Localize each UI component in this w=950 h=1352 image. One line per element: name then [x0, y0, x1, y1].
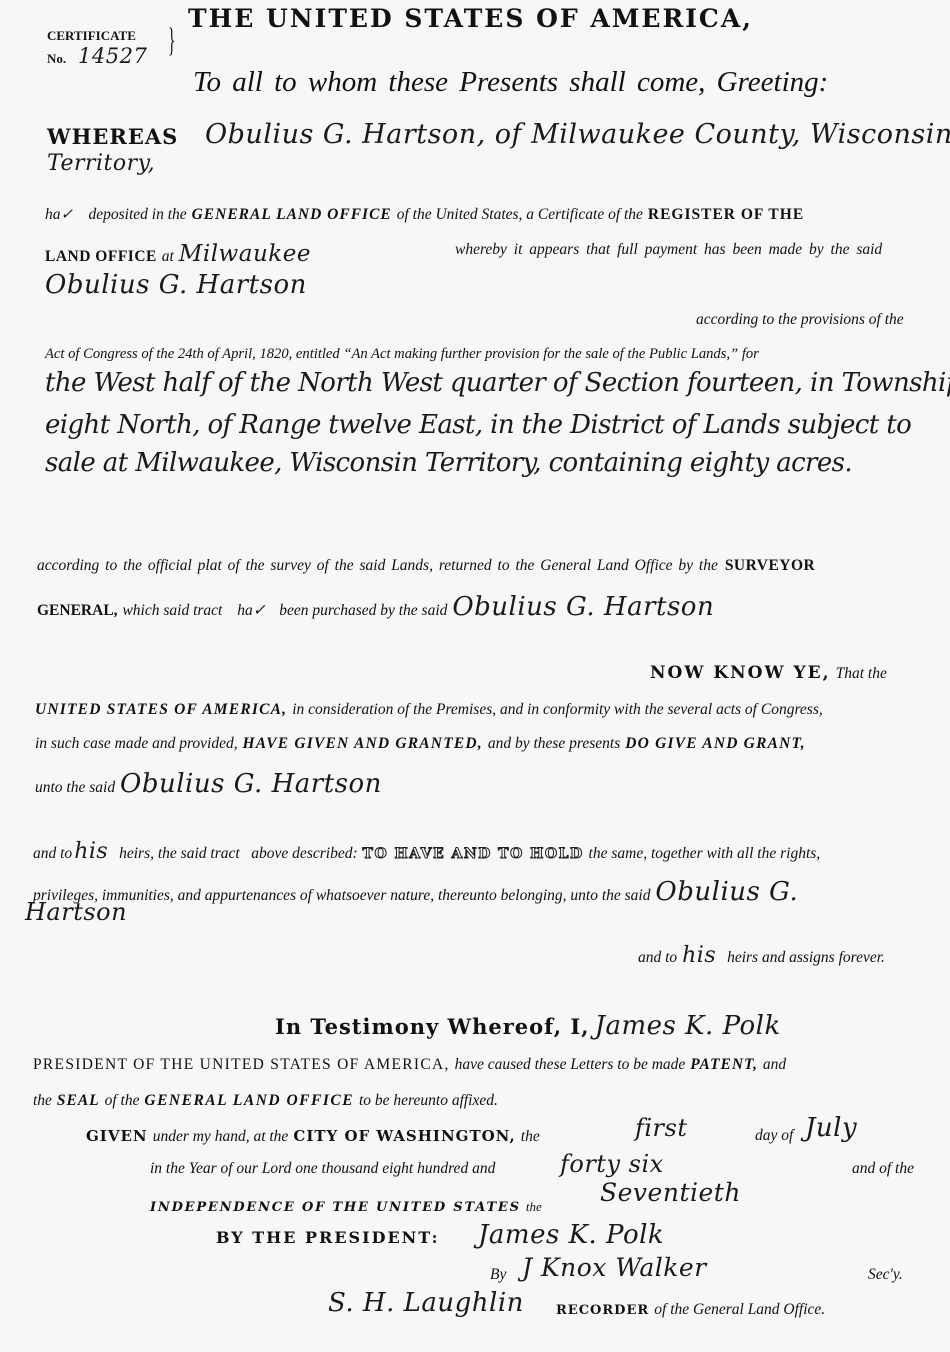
the-text: the	[33, 1092, 52, 1109]
land-description-line-1: the West half of the North West quarter …	[45, 368, 950, 398]
recorder-signature: S. H. Laughlin	[328, 1288, 524, 1318]
purchased-text: been purchased by the said	[279, 602, 447, 619]
under-hand-text: under my hand, at the	[153, 1128, 289, 1145]
case-made-text: in such case made and provided,	[35, 735, 238, 752]
has-text: ha	[45, 206, 61, 223]
tract-text: which said tract	[122, 602, 222, 619]
purchaser-name-handwritten: Obulius G. Hartson	[452, 592, 714, 622]
grantee-first-name-handwritten: Obulius G.	[655, 877, 798, 907]
the-small-text: the	[526, 1199, 542, 1214]
s-handwritten-2: ✓	[253, 601, 267, 619]
testimony-heading: In Testimony Whereof, I,	[275, 1014, 589, 1039]
year-text: in the Year of our Lord one thousand eig…	[150, 1160, 495, 1178]
affixed-text: to be hereunto affixed.	[359, 1092, 498, 1109]
month-handwritten: July	[805, 1113, 857, 1143]
consideration-text: in consideration of the Premises, and in…	[292, 701, 823, 718]
land-description-line-3: sale at Milwaukee, Wisconsin Territory, …	[45, 448, 852, 478]
recorder-rest-text: of the General Land Office.	[654, 1301, 825, 1318]
general-text: GENERAL,	[37, 602, 118, 619]
president-usa-text: PRESIDENT OF THE UNITED STATES OF AMERIC…	[33, 1056, 450, 1073]
president-signature-testimony: James K. Polk	[595, 1011, 781, 1041]
s-handwritten: ✓	[61, 205, 74, 223]
seal-text: SEAL	[57, 1092, 100, 1109]
payment-text: whereby it appears that full payment has…	[455, 241, 882, 259]
recorder-label: RECORDER	[556, 1303, 649, 1318]
general-land-office: GENERAL LAND OFFICE	[192, 206, 392, 223]
the-text-2: the	[521, 1128, 540, 1145]
and-text: and	[763, 1056, 786, 1073]
do-give-grant: DO GIVE AND GRANT,	[625, 735, 806, 752]
by-text: By	[490, 1266, 506, 1284]
provisions-text: according to the provisions of the	[696, 311, 904, 329]
his-handwritten: his	[74, 839, 108, 864]
unto-said-text: unto the said	[35, 779, 115, 796]
given-label: GIVEN	[86, 1127, 148, 1145]
secy-text: Sec'y.	[868, 1266, 903, 1284]
by-presents-text: and by these presents	[488, 735, 620, 752]
land-office-text: LAND OFFICE	[45, 248, 157, 265]
at-text: at	[162, 248, 174, 265]
brace-icon: }	[168, 22, 175, 60]
assigns-text: heirs and assigns forever.	[727, 949, 885, 966]
place-handwritten: Milwaukee	[179, 241, 311, 267]
land-description-line-2: eight North, of Range twelve East, in th…	[45, 410, 911, 440]
usa-text: UNITED STATES OF AMERICA,	[35, 701, 287, 718]
act-line: Act of Congress of the 24th of April, 18…	[45, 346, 759, 363]
whereas-label: WHEREAS	[47, 124, 178, 149]
of-the-text: of the	[105, 1092, 140, 1109]
city-text: CITY OF WASHINGTON,	[293, 1127, 515, 1145]
heirs-tract-text: heirs, the said tract above described:	[119, 845, 357, 862]
caused-letters-text: have caused these Letters to be made	[455, 1056, 686, 1073]
have-given-granted: HAVE GIVEN AND GRANTED,	[243, 735, 483, 752]
certificate-number: 14527	[78, 44, 147, 68]
day-handwritten: first	[635, 1114, 688, 1142]
and-to-text: and to	[33, 845, 72, 862]
certificate-number-label: No.	[47, 51, 66, 67]
secretary-signature: J Knox Walker	[522, 1253, 707, 1282]
deposit-rest: of the United States, a Certificate of t…	[397, 206, 643, 223]
survey-text: according to the official plat of the su…	[37, 557, 718, 574]
by-the-president: BY THE PRESIDENT:	[216, 1228, 440, 1247]
to-have-and-to-hold: TO HAVE AND TO HOLD	[363, 846, 584, 862]
general-land-office-seal: GENERAL LAND OFFICE	[144, 1092, 354, 1109]
and-to-text-2: and to	[638, 949, 677, 966]
day-of-text: day of	[755, 1127, 793, 1145]
rights-text: the same, together with all the rights,	[589, 845, 821, 862]
greeting: To all to whom these Presents shall come…	[193, 66, 828, 99]
year-handwritten: forty six	[560, 1150, 664, 1178]
document-title: THE UNITED STATES OF AMERICA,	[188, 4, 753, 33]
surveyor-text: SURVEYOR	[725, 557, 815, 574]
and-of-the-text: and of the	[852, 1160, 914, 1178]
his-handwritten-2: his	[682, 943, 716, 968]
grantee-handwritten: Obulius G. Hartson, of Milwaukee County,…	[205, 119, 950, 150]
grantee-handwritten-cont: Territory,	[47, 151, 155, 176]
that-the-text: That the	[836, 665, 887, 682]
patent-text: PATENT,	[690, 1056, 758, 1073]
grantee-last-name-handwritten: Hartson	[25, 898, 127, 926]
has-text-2: ha	[237, 602, 253, 619]
register-text: REGISTER OF THE	[648, 206, 804, 223]
independence-year-handwritten: Seventieth	[600, 1178, 741, 1207]
certificate-label: CERTIFICATE	[47, 28, 136, 44]
independence-text: INDEPENDENCE OF THE UNITED STATES	[150, 1200, 521, 1215]
president-signature: James K. Polk	[478, 1220, 664, 1250]
now-know-ye: NOW KNOW YE,	[650, 663, 831, 683]
grantee-name-handwritten: Obulius G. Hartson	[120, 769, 382, 799]
deposit-text: deposited in the	[89, 206, 187, 223]
name-handwritten: Obulius G. Hartson	[45, 270, 307, 300]
